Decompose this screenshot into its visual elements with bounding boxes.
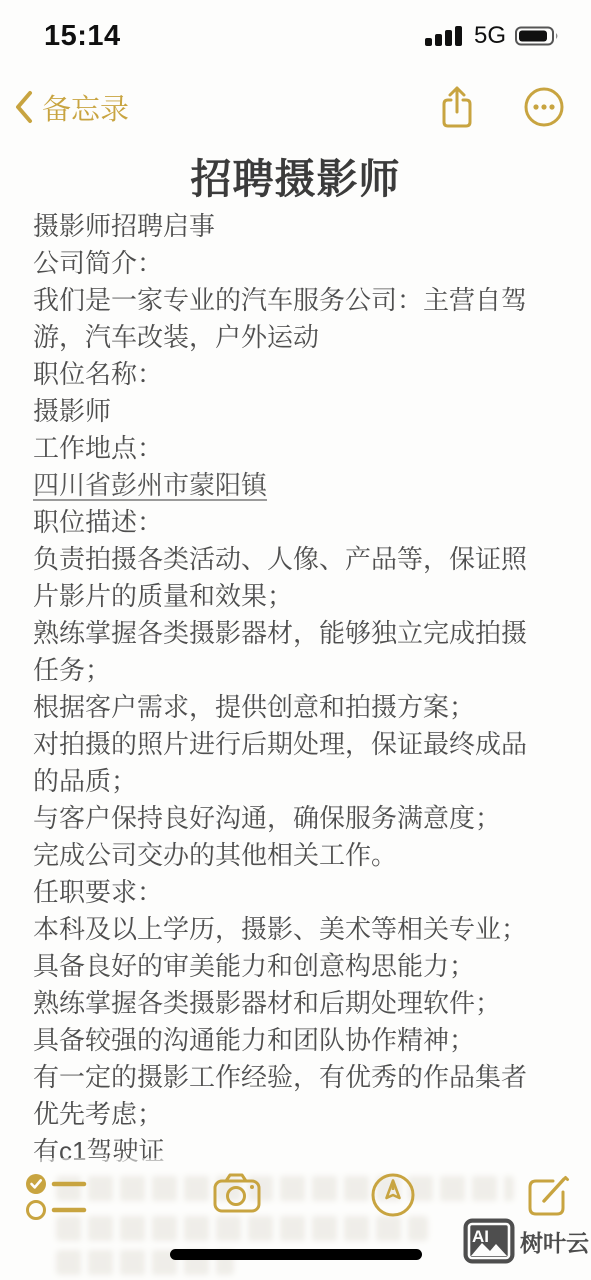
- note-text-line: 有一定的摄影工作经验，有优秀的作品集者: [33, 1059, 567, 1096]
- note-title: 招聘摄影师: [0, 146, 591, 205]
- svg-text:AI: AI: [472, 1227, 489, 1246]
- note-text-line: 与客户保持良好沟通，确保服务满意度；: [33, 800, 567, 837]
- more-options-button[interactable]: [523, 86, 565, 128]
- notes-app-screen: 15:14 5G: [0, 0, 591, 1280]
- markup-pen-button[interactable]: [370, 1172, 416, 1218]
- chevron-left-icon: [14, 90, 33, 124]
- note-text-line: 对拍摄的照片进行后期处理，保证最终成品: [33, 726, 567, 763]
- note-text-line: 具备良好的审美能力和创意构思能力；: [33, 948, 567, 985]
- compose-button[interactable]: [525, 1172, 571, 1220]
- note-text-line: 摄影师: [33, 393, 567, 430]
- note-body[interactable]: 摄影师招聘启事公司简介：我们是一家专业的汽车服务公司：主营自驾游，汽车改装，户外…: [33, 208, 567, 1170]
- note-text-line: 根据客户需求，提供创意和拍摄方案；: [33, 689, 567, 726]
- note-text-line: 我们是一家专业的汽车服务公司：主营自驾: [33, 282, 567, 319]
- camera-button[interactable]: [213, 1172, 261, 1214]
- status-time: 15:14: [44, 20, 121, 53]
- note-text-line: 片影片的质量和效果；: [33, 578, 567, 615]
- note-text-line: 任职要求：: [33, 874, 567, 911]
- back-button[interactable]: 备忘录: [14, 87, 129, 128]
- watermark-label: 树叶云: [520, 1225, 589, 1258]
- note-text-line: 熟练掌握各类摄影器材和后期处理软件；: [33, 985, 567, 1022]
- address-link[interactable]: 四川省彭州市蒙阳镇: [33, 467, 267, 504]
- note-text-line: 游，汽车改装，户外运动: [33, 319, 567, 356]
- note-text-line: 完成公司交办的其他相关工作。: [33, 837, 567, 874]
- note-text-line: 负责拍摄各类活动、人像、产品等，保证照: [33, 541, 567, 578]
- note-text-line: 工作地点：: [33, 430, 567, 467]
- note-text-line: 熟练掌握各类摄影器材，能够独立完成拍摄: [33, 615, 567, 652]
- share-button[interactable]: [439, 84, 475, 130]
- note-text-line: 摄影师招聘启事: [33, 208, 567, 245]
- note-text-line: 职位名称：: [33, 356, 567, 393]
- home-indicator[interactable]: [170, 1249, 422, 1260]
- ai-image-badge-icon: AI: [463, 1218, 515, 1264]
- back-button-label: 备忘录: [42, 87, 129, 128]
- note-text-line: 职位描述：: [33, 504, 567, 541]
- note-text-line: 公司简介：: [33, 245, 567, 282]
- note-text-line: 优先考虑；: [33, 1096, 567, 1133]
- watermark: AI 树叶云: [463, 1218, 589, 1264]
- network-type-label: 5G: [474, 22, 506, 50]
- note-text-line: 本科及以上学历，摄影、美术等相关专业；: [33, 911, 567, 948]
- note-text-line: 具备较强的沟通能力和团队协作精神；: [33, 1022, 567, 1059]
- status-bar: 15:14 5G: [0, 0, 591, 58]
- note-text-line: 的品质；: [33, 763, 567, 800]
- note-text-line: 任务；: [33, 652, 567, 689]
- nav-bar: 备忘录: [0, 80, 591, 134]
- checklist-button[interactable]: [24, 1172, 104, 1220]
- battery-icon: [515, 25, 561, 47]
- signal-strength-icon: [425, 25, 465, 47]
